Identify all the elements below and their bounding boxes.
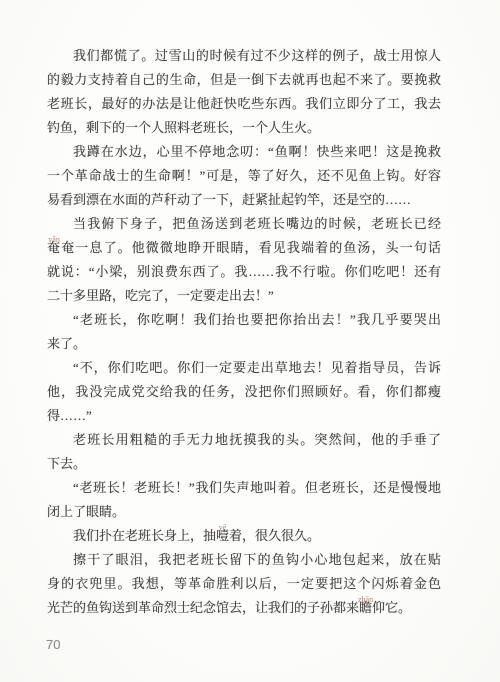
text-line: 我们扑在老班长身上，抽yē噎着，很久很久。: [47, 524, 441, 548]
text-line: “老班长，你吃啊！我们抬也要把你抬出去！”我几乎要哭出: [47, 308, 441, 332]
text-line: 就说：“小梁，别浪费东西了。我……我不行啦。你们吃吧！还有: [47, 260, 441, 284]
text-line: 擦干了眼泪，我把老班长留下的鱼钩小心地包起来，放在贴: [47, 548, 441, 572]
text-line: 下去。: [47, 452, 441, 476]
text-line: 身的衣兜里。我想，等革命胜利以后，一定要把这个闪烁着金色: [47, 572, 441, 596]
text-line: “不，你们吃吧。你们一定要走出草地去！见着指导员，告诉: [47, 356, 441, 380]
pinyin-annotation: zhān: [358, 596, 373, 604]
text-line: 一个革命战士的生命啊！”可是，等了好久，还不见鱼上钩。好容: [47, 164, 441, 188]
text-line: “老班长！老班长！”我们失声地叫着。但老班长，还是慢慢地: [47, 476, 441, 500]
annotated-character: yǎn奄: [47, 240, 61, 255]
text-line: 当我俯下身子，把鱼汤送到老班长嘴边的时候，老班长已经: [47, 212, 441, 236]
text-line: 二十多里路，吃完了，一定要走出去！”: [47, 284, 441, 308]
text-line: 来了。: [47, 332, 441, 356]
text-line: 他，我没完成党交给我的任务，没把你们照顾好。看，你们都瘦: [47, 380, 441, 404]
text-line: yǎn奄奄一息了。他微微地睁开眼睛，看见我端着的鱼汤，头一句话: [47, 236, 441, 260]
text-line: 老班长用粗糙的手无力地抚摸我的头。突然间，他的手垂了: [47, 428, 441, 452]
text-line: 光芒的鱼钩送到革命烈士纪念馆去，让我们的子孙都来zhān瞻仰它。: [47, 596, 441, 620]
annotated-character: yē噎: [216, 528, 229, 543]
text-body: 我们都慌了。过雪山的时候有过不少这样的例子，战士用惊人的毅力支持着自己的生命，但…: [47, 44, 441, 620]
text-line: 得……”: [47, 404, 441, 428]
text-line: 钓鱼，剩下的一个人照料老班长，一个人生火。: [47, 116, 441, 140]
book-page: 我们都慌了。过雪山的时候有过不少这样的例子，战士用惊人的毅力支持着自己的生命，但…: [0, 0, 500, 682]
text-line: 的毅力支持着自己的生命，但是一倒下去就再也起不来了。要挽救: [47, 68, 441, 92]
text-line: 易看到漂在水面的芦秆动了一下，赶紧扯起钓竿，还是空的……: [47, 188, 441, 212]
text-line: 我蹲在水边，心里不停地念叨：“鱼啊！快些来吧！这是挽救: [47, 140, 441, 164]
text-line: 老班长，最好的办法是让他赶快吃些东西。我们立即分了工，我去: [47, 92, 441, 116]
page-number: 70: [46, 637, 60, 653]
annotated-character: zhān瞻: [359, 600, 372, 615]
pinyin-annotation: yǎn: [48, 236, 60, 244]
text-line: 闭上了眼睛。: [47, 500, 441, 524]
pinyin-annotation: yē: [219, 524, 227, 532]
text-line: 我们都慌了。过雪山的时候有过不少这样的例子，战士用惊人: [47, 44, 441, 68]
